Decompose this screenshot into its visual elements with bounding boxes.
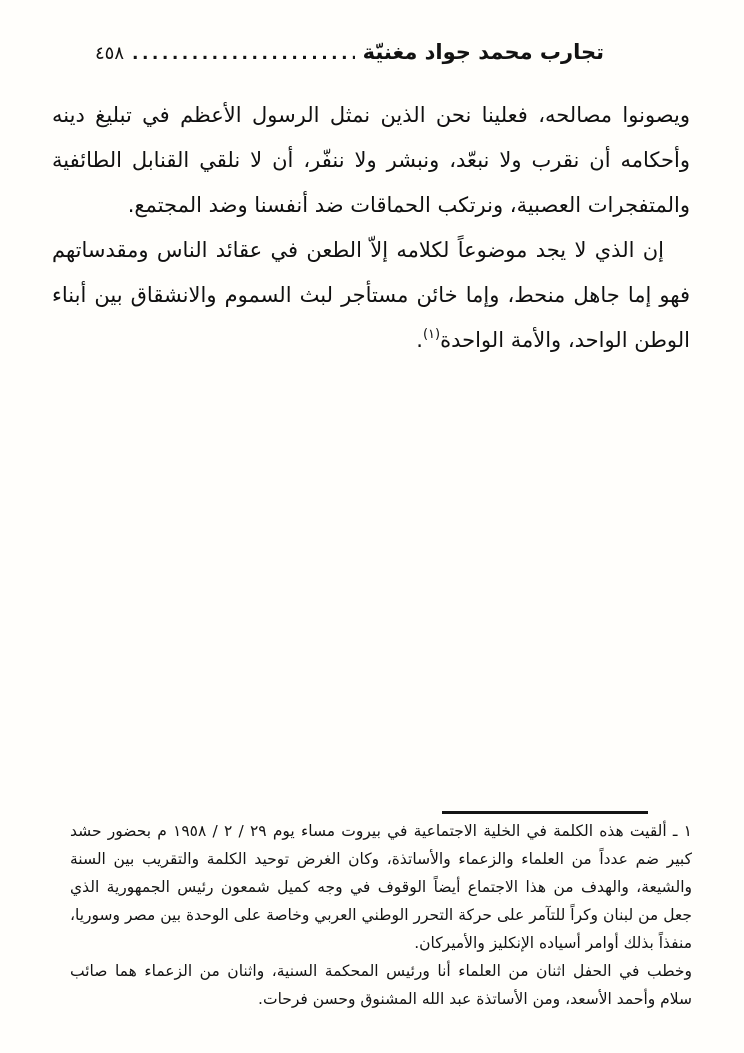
body-text: ويصونوا مصالحه، فعلينا نحن الذين نمثل ال…: [52, 93, 690, 363]
paragraph-1: ويصونوا مصالحه، فعلينا نحن الذين نمثل ال…: [52, 93, 690, 228]
paragraph-2: إن الذي لا يجد موضوعاً لكلامه إلاّ الطعن…: [52, 228, 690, 363]
footnote-reference: (١): [423, 327, 440, 342]
page-number: ٤٥٨: [95, 43, 124, 64]
paragraph-2-period: .: [416, 328, 423, 352]
footnote-block: ١ ـ ألقيت هذه الكلمة في الخلية الاجتماعي…: [70, 817, 692, 1013]
paragraph-2-text: إن الذي لا يجد موضوعاً لكلامه إلاّ الطعن…: [52, 238, 690, 352]
book-page: تجارب محمد جواد مغنيّة .................…: [0, 0, 744, 1053]
footnote-paragraph-1: ١ ـ ألقيت هذه الكلمة في الخلية الاجتماعي…: [70, 817, 692, 957]
footnote-paragraph-2: وخطب في الحفل اثنان من العلماء أنا ورئيس…: [70, 957, 692, 1013]
footnote-separator-rule: [442, 811, 648, 814]
running-header: تجارب محمد جواد مغنيّة .................…: [95, 40, 604, 64]
dotted-leader: ........................................…: [132, 44, 355, 64]
running-title: تجارب محمد جواد مغنيّة: [363, 40, 604, 64]
